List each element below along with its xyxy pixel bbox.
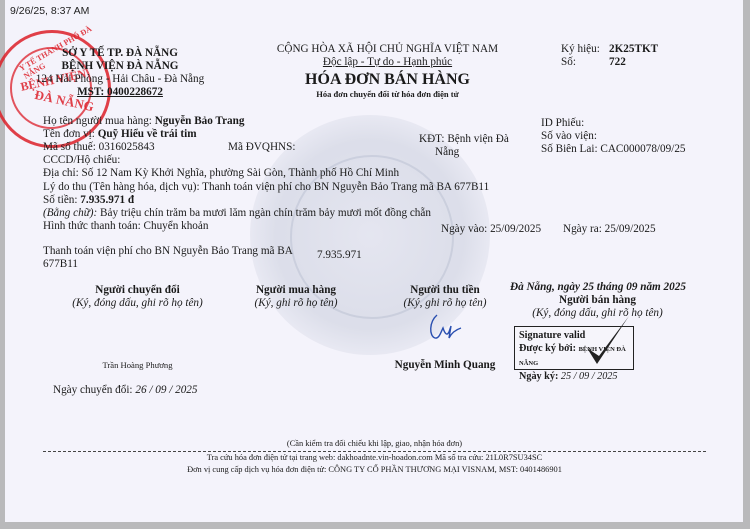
footer-lookup: Tra cứu hóa đơn điện tử tại trang web: d… xyxy=(43,453,706,462)
checkmark-icon xyxy=(583,314,633,370)
buyer-unit: Quỹ Hiểu về trái tim xyxy=(98,128,197,140)
amount-value: 7.935.971 đ xyxy=(80,194,134,206)
signed-date: 25 / 09 / 2025 xyxy=(561,371,618,382)
so-bien-lai: Số Biên Lai: CAC000078/09/25 xyxy=(541,143,686,155)
payment-method: Hình thức thanh toán: Chuyển khoản xyxy=(43,220,208,232)
invoice-number-label: Số: xyxy=(561,56,576,68)
place-date: Đà Nẵng, ngày 25 tháng 09 năm 2025 xyxy=(510,281,685,293)
buyer-address: Địa chỉ: Số 12 Nam Kỳ Khởi Nghĩa, phường… xyxy=(43,167,399,179)
ngay-ra: Ngày ra: 25/09/2025 xyxy=(563,223,656,235)
buyer-id-card: CCCD/Hộ chiếu: xyxy=(43,154,120,166)
buyer-kdt-line1: KĐT: Bệnh viện Đà xyxy=(419,133,509,145)
id-phieu: ID Phiếu: xyxy=(541,117,584,129)
conversion-date-row: Ngày chuyển đổi: 26 / 09 / 2025 xyxy=(53,384,198,396)
cashier-name: Nguyễn Minh Quang xyxy=(375,359,515,371)
so-vao-vien: Số vào viện: xyxy=(541,130,597,142)
cashier-handwritten-signature xyxy=(425,312,465,342)
footer-check-note: (Cần kiểm tra đối chiếu khi lập, giao, n… xyxy=(43,439,706,448)
amount-in-words-row: (Bằng chữ): Bảy triệu chín trăm ba mươi … xyxy=(43,207,431,219)
cashier-title: Người thu tiền xyxy=(390,284,500,296)
buyer-sign-note: (Ký, ghi rõ họ tên) xyxy=(241,297,351,309)
line-item-description-2: 677B11 xyxy=(43,258,78,270)
converter-title: Người chuyển đổi xyxy=(55,284,220,296)
buyer-unit-row: Tên đơn vị: Quỹ Hiểu về trái tim xyxy=(43,128,197,140)
footer-provider: Đơn vị cung cấp dịch vụ hóa đơn điện tử:… xyxy=(43,465,706,474)
conversion-date: 26 / 09 / 2025 xyxy=(135,384,197,396)
seller-sign-title: Người bán hàng xyxy=(510,294,685,306)
line-item-amount: 7.935.971 xyxy=(317,249,362,261)
nation-title: CỘNG HÒA XÃ HỘI CHỦ NGHĨA VIỆT NAM xyxy=(275,43,500,55)
invoice-number-value: 722 xyxy=(609,56,626,68)
cashier-note: (Ký, ghi rõ họ tên) xyxy=(390,297,500,309)
ngay-vao: Ngày vào: 25/09/2025 xyxy=(441,223,541,235)
invoice-symbol-value: 2K25TKT xyxy=(609,43,658,55)
buyer-sign-title: Người mua hàng xyxy=(241,284,351,296)
invoice-page: Y TẾ THÀNH PHỐ ĐÀ NẴNG BỆNH VIỆN ĐÀ NẴNG… xyxy=(5,0,743,522)
seller-department: SỞ Y TẾ TP. ĐÀ NẴNG xyxy=(50,47,190,59)
seller-tax-code: MST: 0400228672 xyxy=(50,86,190,98)
nation-motto: Độc lập - Tự do - Hạnh phúc xyxy=(275,56,500,68)
seller-address: 124 Hải Phòng - Hải Châu - Đà Nẵng xyxy=(35,73,205,85)
document-title: HÓA ĐƠN BÁN HÀNG xyxy=(275,71,500,89)
document-subtitle: Hóa đơn chuyển đổi từ hóa đơn điện tử xyxy=(275,89,500,99)
amount-row: Số tiền: 7.935.971 đ xyxy=(43,194,134,206)
amount-in-words: Bảy triệu chín trăm ba mươi lăm ngàn chí… xyxy=(100,207,431,219)
line-item-description-1: Thanh toán viện phí cho BN Nguyễn Bảo Tr… xyxy=(43,245,293,257)
buyer-name-row: Họ tên người mua hàng: Nguyễn Bảo Trang xyxy=(43,115,244,127)
buyer-tax-code: Mã số thuế: 0316025843 xyxy=(43,141,155,153)
invoice-symbol-label: Ký hiệu: xyxy=(561,43,600,55)
buyer-dvqhns: Mã ĐVQHNS: xyxy=(228,141,295,153)
seller-name: BỆNH VIỆN ĐÀ NẴNG xyxy=(50,60,190,72)
converter-note: (Ký, đóng dấu, ghi rõ họ tên) xyxy=(55,297,220,309)
converter-name: Trần Hoàng Phương xyxy=(55,360,220,370)
footer-divider xyxy=(43,451,706,452)
buyer-kdt-line2: Nẵng xyxy=(435,146,459,158)
buyer-name: Nguyễn Bảo Trang xyxy=(155,115,245,127)
payment-reason: Lý do thu (Tên hàng hóa, dịch vụ): Thanh… xyxy=(43,181,489,193)
print-timestamp: 9/26/25, 8:37 AM xyxy=(10,5,89,17)
